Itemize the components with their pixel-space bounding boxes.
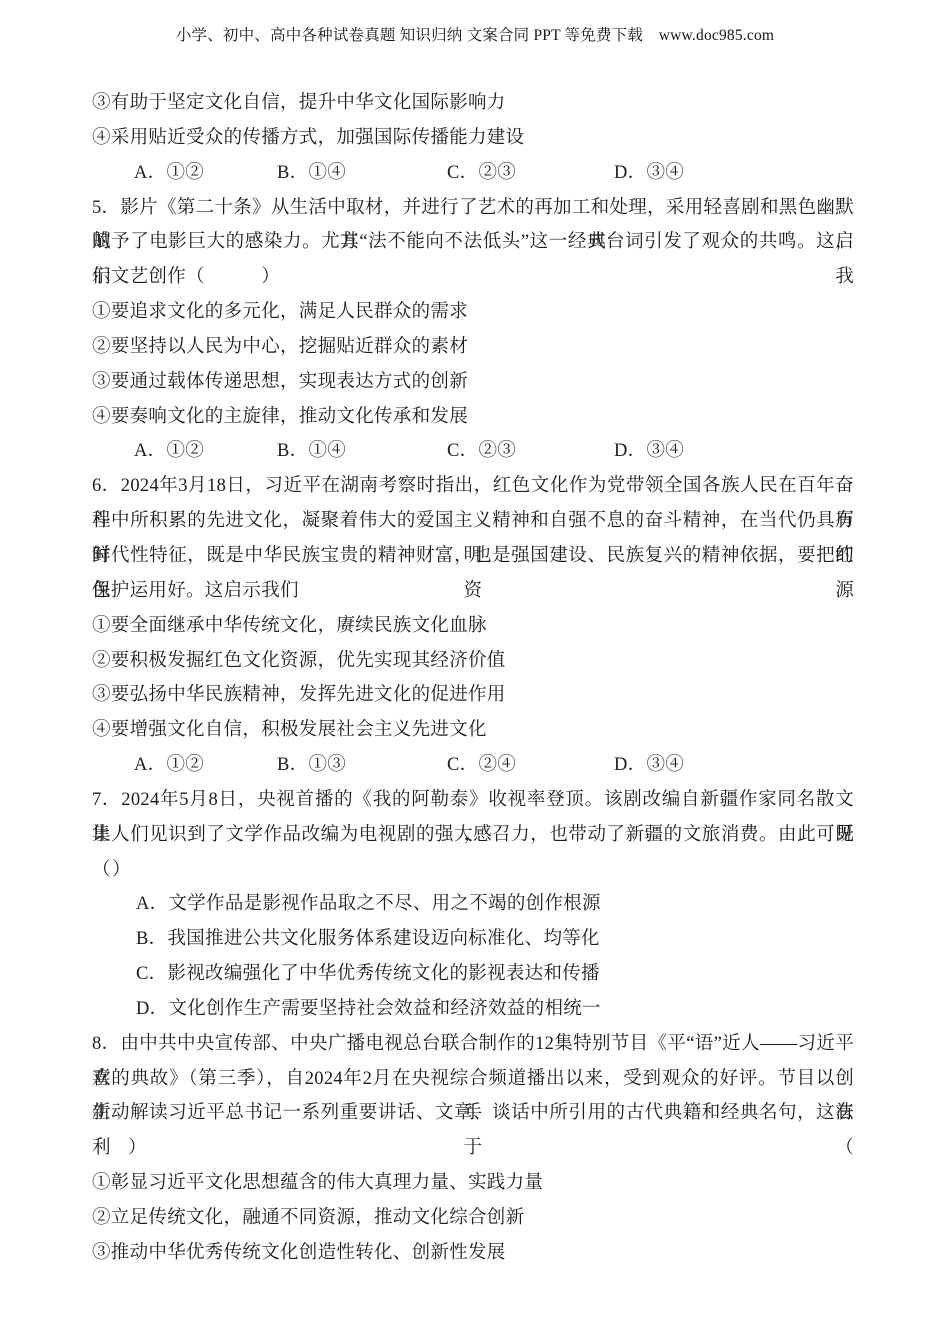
q4-option-c: C．②③ (447, 156, 516, 191)
q6-item-4: ④要增强文化自信，积极发展社会主义先进文化 (92, 713, 854, 748)
q7-option-b: B．我国推进公共文化服务体系建设迈向标准化、均等化 (92, 922, 854, 957)
q4-item-4: ④采用贴近受众的传播方式，加强国际传播能力建设 (92, 121, 854, 156)
q5-answer-options-row: A．①② B．①④ C．②③ D．③④ (92, 434, 854, 469)
site-watermark-header: 小学、初中、高中各种试卷真题 知识归纳 文案合同 PPT 等免费下载 www.d… (0, 23, 950, 45)
q8-item-3: ③推动中华优秀传统文化创造性转化、创新性发展 (92, 1236, 854, 1271)
q6-answer-options-row: A．①② B．①③ C．②④ D．③④ (92, 748, 854, 783)
q8-stem-line-1: 8．由中共中央宣传部、中央广播电视总台联合制作的12集特别节目《平“语”近人——… (92, 1027, 854, 1062)
q5-item-4: ④要奏响文化的主旋律，推动文化传承和发展 (92, 400, 854, 435)
q4-option-d: D．③④ (614, 156, 684, 191)
q7-option-d: D．文化创作生产需要坚持社会效益和经济效益的相统一 (92, 992, 854, 1027)
q6-stem-line-1: 6．2024年3月18日，习近平在湖南考察时指出，红色文化作为党带领全国各族人民… (92, 469, 854, 504)
q6-option-b: B．①③ (277, 748, 346, 783)
q4-item-3: ③有助于坚定文化自信，提升中华文化国际影响力 (92, 86, 854, 121)
q5-item-1: ①要追求文化的多元化，满足人民群众的需求 (92, 295, 854, 330)
q5-option-b: B．①④ (277, 434, 346, 469)
q5-option-c: C．②③ (447, 434, 516, 469)
q6-stem-line-2: 程中所积累的先进文化，凝聚着伟大的爱国主义精神和自强不息的奋斗精神，在当代仍具有… (92, 504, 854, 539)
q6-option-d: D．③④ (614, 748, 684, 783)
q8-item-1: ①彰显习近平文化思想蕴含的伟大真理力量、实践力量 (92, 1166, 854, 1201)
q7-stem-close-paren: ） (92, 853, 854, 888)
q5-stem-line-1: 5．影片《第二十条》从生活中取材，并进行了艺术的再加工和处理，采用轻喜剧和黑色幽… (92, 191, 854, 226)
q5-stem-line-2: 赋予了电影巨大的感染力。尤其“法不能向不法低头”这一经典台词引发了观众的共鸣。这… (92, 225, 854, 260)
q6-item-1: ①要全面继承中华传统文化，赓续民族文化血脉 (92, 609, 854, 644)
q5-option-a: A．①② (134, 434, 204, 469)
q6-item-2: ②要积极发掘红色文化资源，优先实现其经济价值 (92, 644, 854, 679)
q6-option-a: A．①② (134, 748, 204, 783)
q4-option-b: B．①④ (277, 156, 346, 191)
q7-stem-line-2: 让人们见识到了文学作品改编为电视剧的强大感召力，也带动了新疆的文旅消费。由此可见… (92, 818, 854, 853)
q7-stem-line-1: 7．2024年5月8日，央视首播的《我的阿勒泰》收视率登顶。该剧改编自新疆作家同… (92, 783, 854, 818)
q5-item-2: ②要坚持以人民为中心，挖掘贴近群众的素材 (92, 330, 854, 365)
q8-stem-line-2: 欢的典故》（第三季），自2024年2月在央视综合频道播出以来，受到观众的好评。节… (92, 1062, 854, 1097)
q6-option-c: C．②④ (447, 748, 516, 783)
exam-document-page: 小学、初中、高中各种试卷真题 知识归纳 文案合同 PPT 等免费下载 www.d… (0, 0, 950, 1344)
q5-option-d: D．③④ (614, 434, 684, 469)
q4-option-a: A．①② (134, 156, 204, 191)
q8-item-2: ②立足传统文化，融通不同资源，推动文化综合创新 (92, 1201, 854, 1236)
q4-answer-options-row: A．①② B．①④ C．②③ D．③④ (92, 156, 854, 191)
q5-item-3: ③要通过载体传递思想，实现表达方式的创新 (92, 365, 854, 400)
q6-item-3: ③要弘扬中华民族精神，发挥先进文化的促进作用 (92, 678, 854, 713)
q7-option-a: A．文学作品是影视作品取之不尽、用之不竭的创作根源 (92, 887, 854, 922)
q7-option-c: C．影视改编强化了中华优秀传统文化的影视表达和传播 (92, 957, 854, 992)
q6-stem-line-3: 时代性特征，既是中华民族宝贵的精神财富，也是强国建设、民族复兴的精神依据，要把红… (92, 539, 854, 574)
document-body: ③有助于坚定文化自信，提升中华文化国际影响力 ④采用贴近受众的传播方式，加强国际… (92, 86, 854, 1271)
q8-stem-line-3: 生动解读习近平总书记一系列重要讲话、文章、谈话中所引用的古代典籍和经典名句，这有… (92, 1096, 854, 1131)
